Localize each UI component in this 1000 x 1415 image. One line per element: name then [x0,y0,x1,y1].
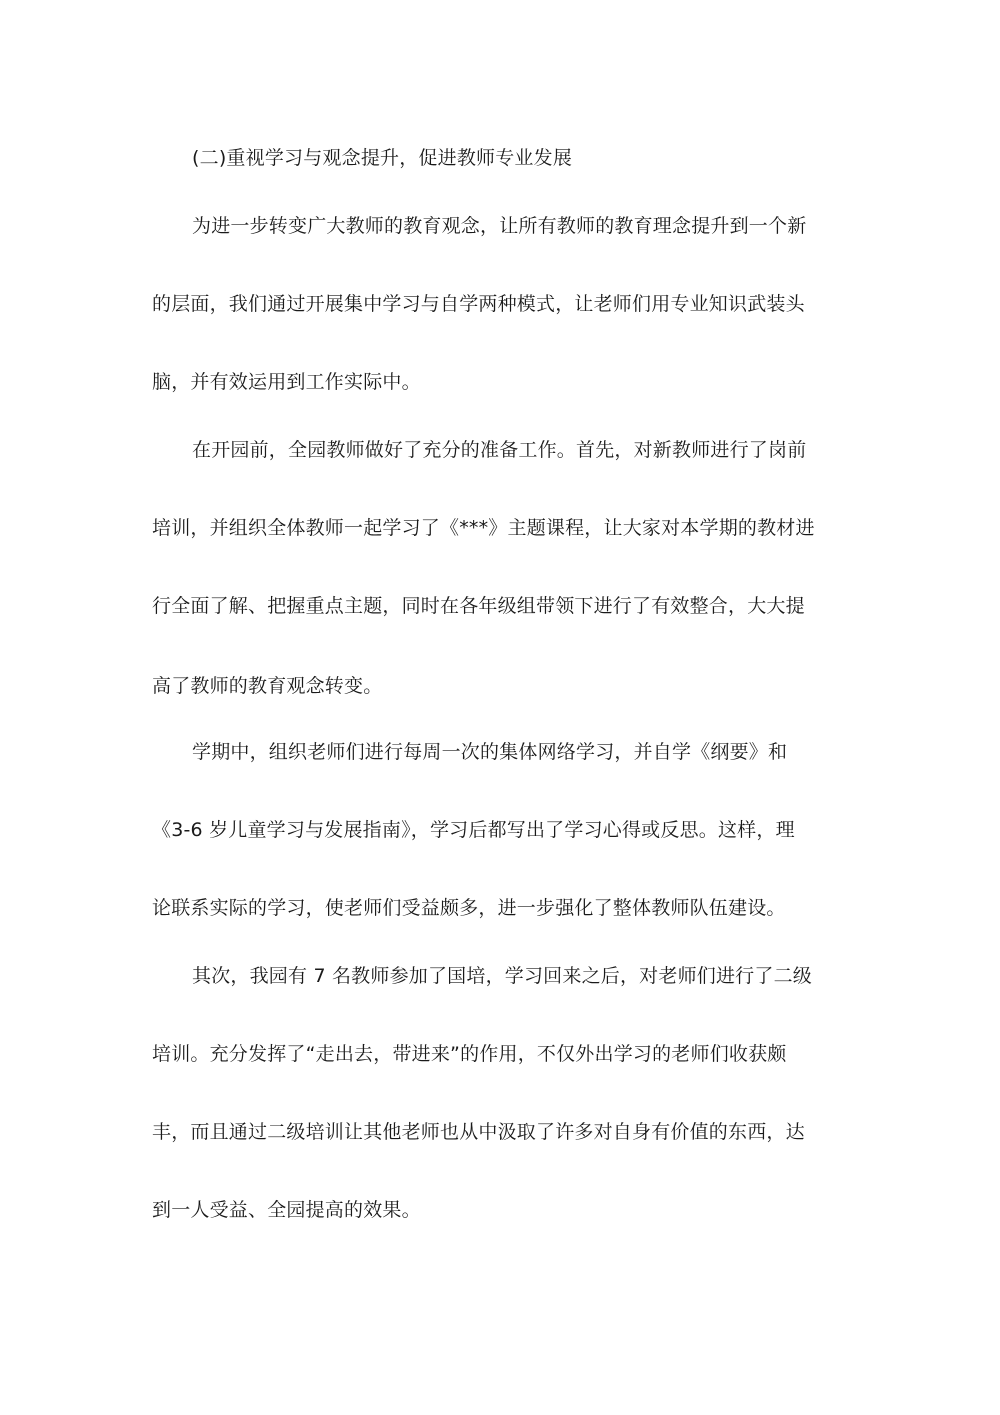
paragraph-line: 其次，我园有 7 名教师参加了国培，学习回来之后，对老师们进行了二级 [192,964,812,988]
paragraph-line: 到一人受益、全园提高的效果。 [152,1198,421,1222]
document-page: (二)重视学习与观念提升，促进教师专业发展 为进一步转变广大教师的教育观念，让所… [0,0,1000,1415]
paragraph-line: 在开园前，全园教师做好了充分的准备工作。首先，对新教师进行了岗前 [192,438,806,462]
paragraph-line: 高了教师的教育观念转变。 [152,674,382,698]
section-heading: (二)重视学习与观念提升，促进教师专业发展 [192,146,572,170]
paragraph-line: 培训，并组织全体教师一起学习了《***》主题课程，让大家对本学期的教材进 [152,516,815,540]
paragraph-line: 为进一步转变广大教师的教育观念，让所有教师的教育理念提升到一个新 [192,214,806,238]
paragraph-line: 的层面，我们通过开展集中学习与自学两种模式，让老师们用专业知识武装头 [152,292,805,316]
paragraph-line: 培训。充分发挥了“走出去，带进来”的作用，不仅外出学习的老师们收获颇 [152,1042,787,1066]
paragraph-line: 《3-6 岁儿童学习与发展指南》，学习后都写出了学习心得或反思。这样，理 [152,818,795,842]
paragraph-line: 丰，而且通过二级培训让其他老师也从中汲取了许多对自身有价值的东西，达 [152,1120,805,1144]
paragraph-line: 论联系实际的学习，使老师们受益颇多，进一步强化了整体教师队伍建设。 [152,896,786,920]
paragraph-line: 行全面了解、把握重点主题，同时在各年级组带领下进行了有效整合，大大提 [152,594,805,618]
paragraph-line: 学期中，组织老师们进行每周一次的集体网络学习，并自学《纲要》和 [192,740,787,764]
paragraph-line: 脑，并有效运用到工作实际中。 [152,370,421,394]
